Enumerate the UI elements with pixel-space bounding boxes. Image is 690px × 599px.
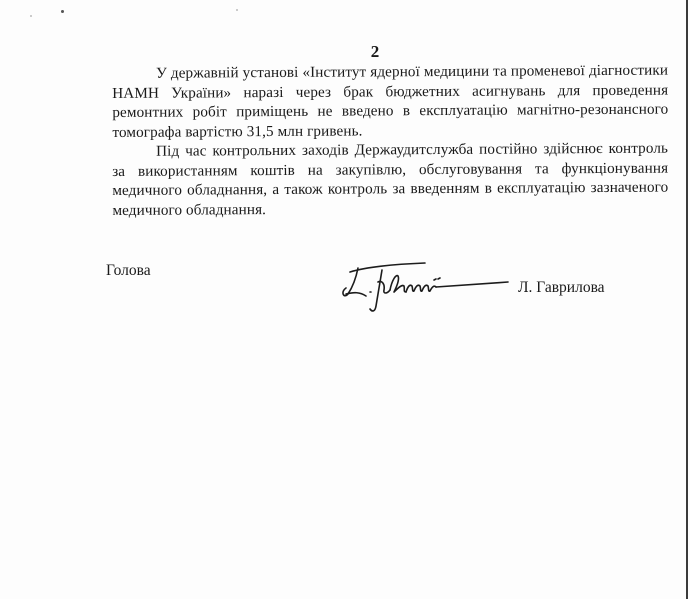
paragraph-2: Під час контрольних заходів Держаудитслу… bbox=[112, 139, 668, 220]
page-edge bbox=[686, 0, 688, 599]
document-page: 2 У державній установі «Інститут ядерної… bbox=[0, 0, 690, 599]
signer-name: Л. Гаврилова bbox=[518, 279, 605, 297]
paragraph-1: У державній установі «Інститут ядерної м… bbox=[112, 61, 668, 142]
handwritten-signature-icon bbox=[330, 254, 510, 314]
scan-speck bbox=[61, 10, 64, 13]
scan-speck bbox=[30, 15, 32, 17]
page-number: 2 bbox=[0, 42, 690, 62]
signer-role: Голова bbox=[106, 262, 151, 280]
scan-speck bbox=[236, 9, 238, 11]
paragraph-text: Під час контрольних заходів Держаудитслу… bbox=[112, 139, 668, 220]
paragraph-text: У державній установі «Інститут ядерної м… bbox=[112, 61, 668, 142]
